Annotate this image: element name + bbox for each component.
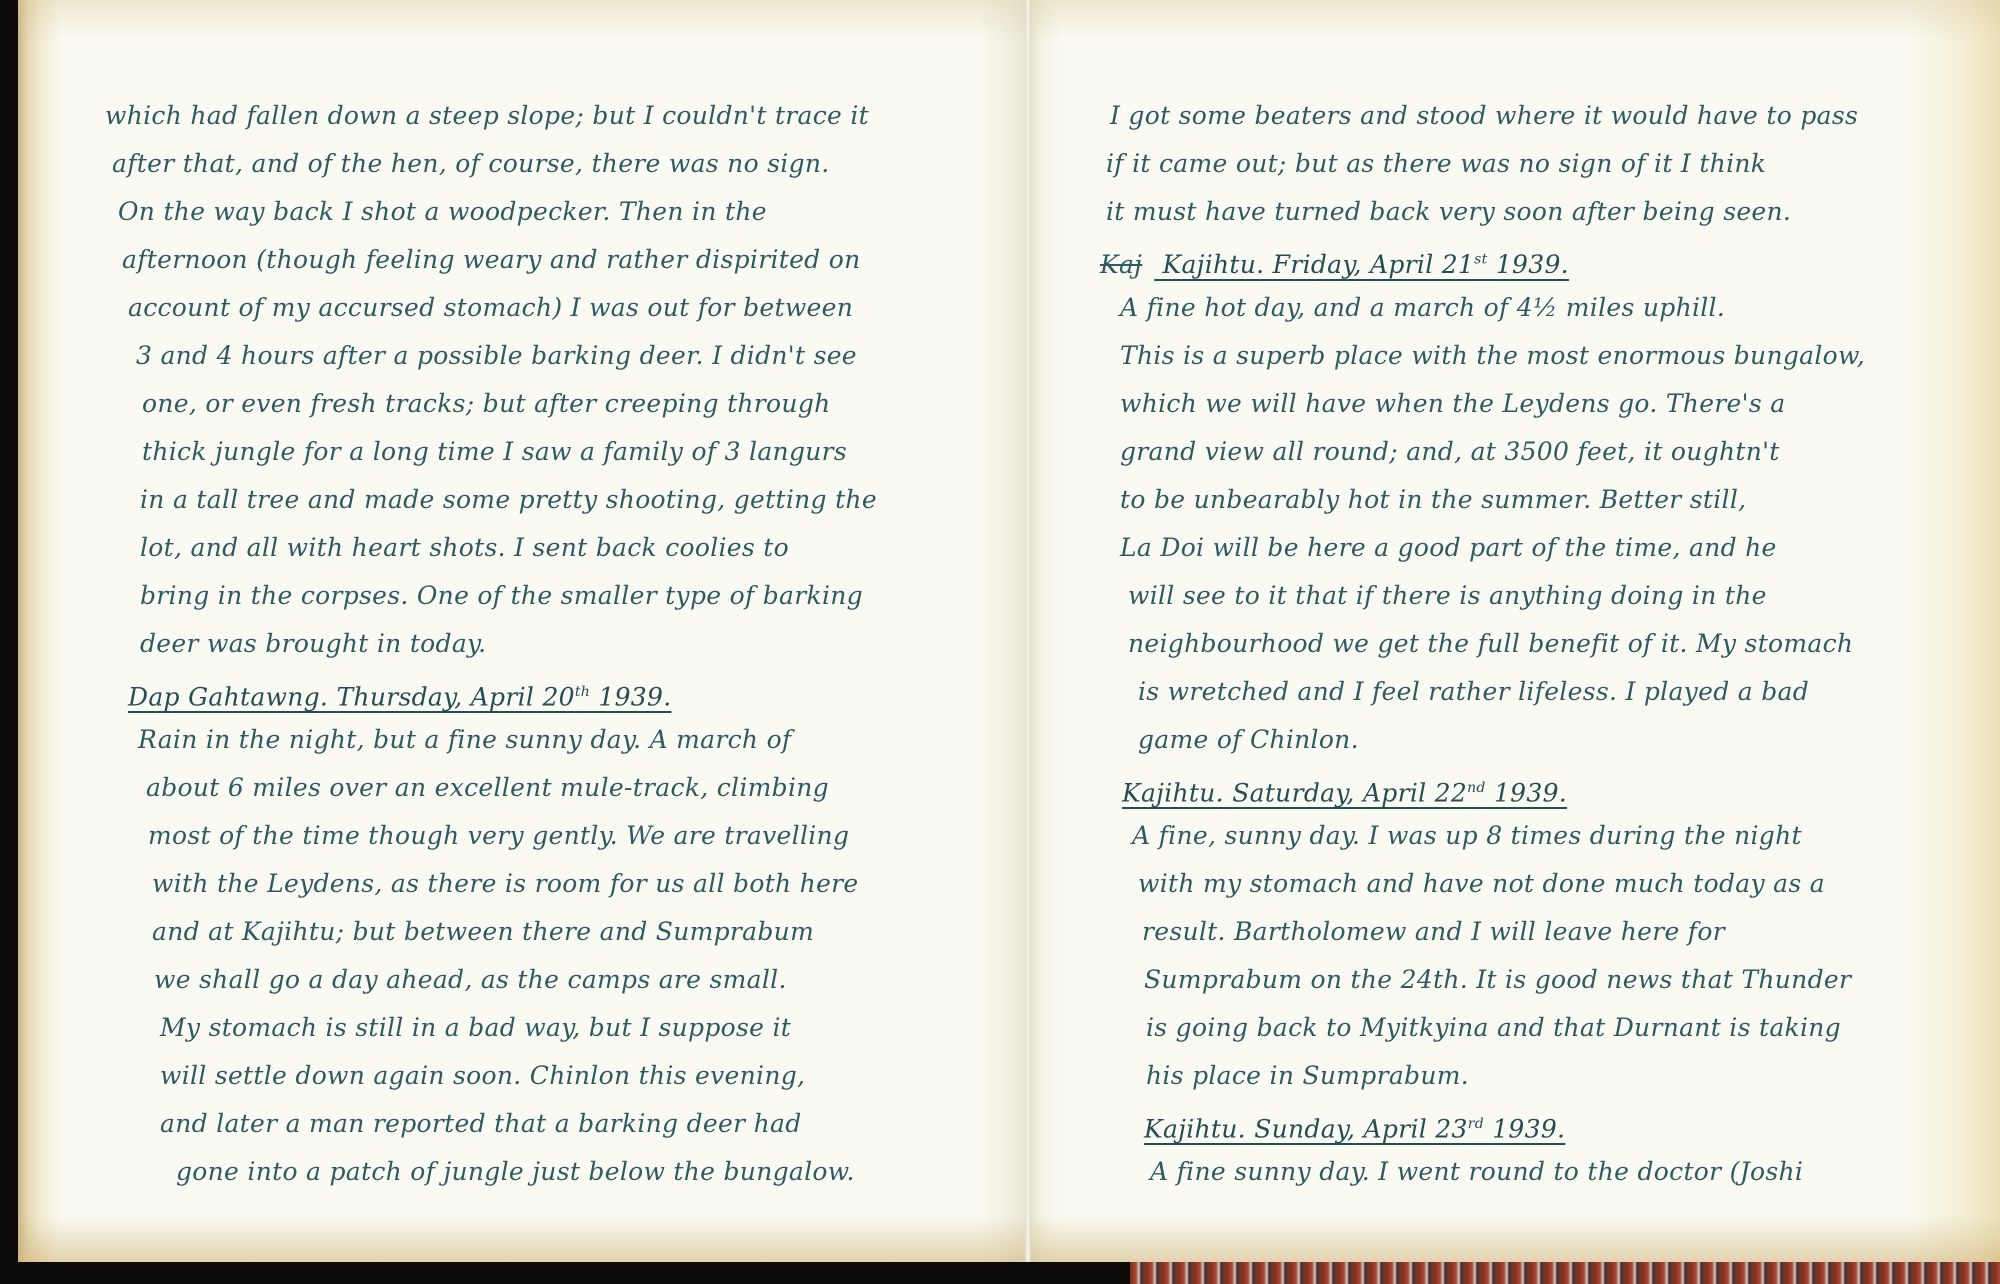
heading-year: 1939.: [1496, 250, 1569, 279]
diary-line: is going back to Myitkyina and that Durn…: [1146, 1004, 1841, 1052]
notebook-spine: [1025, 0, 1031, 1262]
diary-line: deer was brought in today.: [140, 620, 486, 668]
diary-line: and later a man reported that a barking …: [160, 1100, 802, 1148]
heading-year: 1939.: [598, 682, 671, 711]
diary-line: is wretched and I feel rather lifeless. …: [1138, 668, 1809, 716]
heading-place: Kajihtu.: [1162, 250, 1264, 279]
marbled-page-edge: [1130, 1262, 2000, 1284]
heading-date-suffix: th: [575, 684, 590, 700]
heading-place: Kajihtu.: [1122, 778, 1224, 807]
diary-line: which had fallen down a steep slope; but…: [105, 92, 869, 140]
heading-day: Saturday,: [1232, 778, 1355, 807]
diary-line: My stomach is still in a bad way, but I …: [160, 1004, 791, 1052]
heading-day: Sunday,: [1254, 1114, 1355, 1143]
diary-line: game of Chinlon.: [1138, 716, 1359, 764]
diary-line: thick jungle for a long time I saw a fam…: [142, 428, 847, 476]
entry-heading-april-23: Kajihtu. Sunday, April 23rd 1939.: [1144, 1100, 1565, 1148]
diary-line: Sumprabum on the 24th. It is good news t…: [1144, 956, 1851, 1004]
diary-line: lot, and all with heart shots. I sent ba…: [140, 524, 789, 572]
diary-line: most of the time though very gently. We …: [148, 812, 849, 860]
diary-line: with the Leydens, as there is room for u…: [152, 860, 859, 908]
heading-year: 1939.: [1492, 1114, 1565, 1143]
notebook-spread: which had fallen down a steep slope; but…: [0, 0, 2000, 1284]
diary-line: if it came out; but as there was no sign…: [1106, 140, 1766, 188]
entry-heading-april-20: Dap Gahtawng. Thursday, April 20th 1939.: [128, 668, 671, 716]
diary-line: which we will have when the Leydens go. …: [1120, 380, 1785, 428]
diary-line: gone into a patch of jungle just below t…: [176, 1148, 855, 1196]
diary-line: This is a superb place with the most eno…: [1120, 332, 1865, 380]
diary-line: 3 and 4 hours after a possible barking d…: [136, 332, 857, 380]
heading-date: April 22: [1363, 778, 1467, 807]
diary-line: we shall go a day ahead, as the camps ar…: [154, 956, 787, 1004]
heading-place: Dap Gahtawng.: [128, 682, 328, 711]
diary-line: about 6 miles over an excellent mule-tra…: [146, 764, 829, 812]
heading-place: Kajihtu.: [1144, 1114, 1246, 1143]
diary-line: will see to it that if there is anything…: [1128, 572, 1767, 620]
diary-line: grand view all round; and, at 3500 feet,…: [1120, 428, 1780, 476]
diary-line: A fine hot day, and a march of 4½ miles …: [1120, 284, 1725, 332]
diary-line: Rain in the night, but a fine sunny day.…: [138, 716, 791, 764]
book-bottom-edge: [0, 1262, 1130, 1284]
diary-line: I got some beaters and stood where it wo…: [1110, 92, 1858, 140]
diary-line: bring in the corpses. One of the smaller…: [140, 572, 863, 620]
diary-line: and at Kajihtu; but between there and Su…: [152, 908, 814, 956]
heading-date: April 21: [1370, 250, 1474, 279]
diary-line: with my stomach and have not done much t…: [1138, 860, 1825, 908]
diary-line: in a tall tree and made some pretty shoo…: [140, 476, 877, 524]
entry-heading-april-22: Kajihtu. Saturday, April 22nd 1939.: [1122, 764, 1567, 812]
diary-line: On the way back I shot a woodpecker. The…: [118, 188, 767, 236]
page-stain-bottom: [1028, 1216, 2000, 1262]
heading-date: April 20: [471, 682, 575, 711]
heading-day: Thursday,: [336, 682, 462, 711]
diary-line: will settle down again soon. Chinlon thi…: [160, 1052, 805, 1100]
diary-line: neighbourhood we get the full benefit of…: [1128, 620, 1853, 668]
diary-line: his place in Sumprabum.: [1146, 1052, 1469, 1100]
heading-date-suffix: st: [1474, 252, 1487, 268]
page-stain-bottom: [18, 1216, 1028, 1262]
struck-out-text: Kaj: [1100, 250, 1142, 279]
diary-line: La Doi will be here a good part of the t…: [1120, 524, 1777, 572]
page-stain-top: [18, 0, 1028, 40]
heading-year: 1939.: [1494, 778, 1567, 807]
heading-day: Friday,: [1273, 250, 1362, 279]
diary-line: it must have turned back very soon after…: [1106, 188, 1791, 236]
diary-line: A fine sunny day. I went round to the do…: [1150, 1148, 1803, 1196]
diary-line: afternoon (though feeling weary and rath…: [122, 236, 860, 284]
diary-line: account of my accursed stomach) I was ou…: [128, 284, 853, 332]
page-stain-top: [1028, 0, 2000, 40]
entry-heading-april-21: Kaj Kajihtu. Friday, April 21st 1939.: [1100, 236, 1569, 284]
heading-date-suffix: nd: [1467, 780, 1486, 796]
heading-date: April 23: [1364, 1114, 1468, 1143]
diary-line: one, or even fresh tracks; but after cre…: [142, 380, 831, 428]
diary-line: result. Bartholomew and I will leave her…: [1142, 908, 1725, 956]
diary-line: to be unbearably hot in the summer. Bett…: [1120, 476, 1746, 524]
diary-line: after that, and of the hen, of course, t…: [112, 140, 830, 188]
heading-date-suffix: rd: [1468, 1116, 1484, 1132]
diary-line: A fine, sunny day. I was up 8 times duri…: [1132, 812, 1802, 860]
